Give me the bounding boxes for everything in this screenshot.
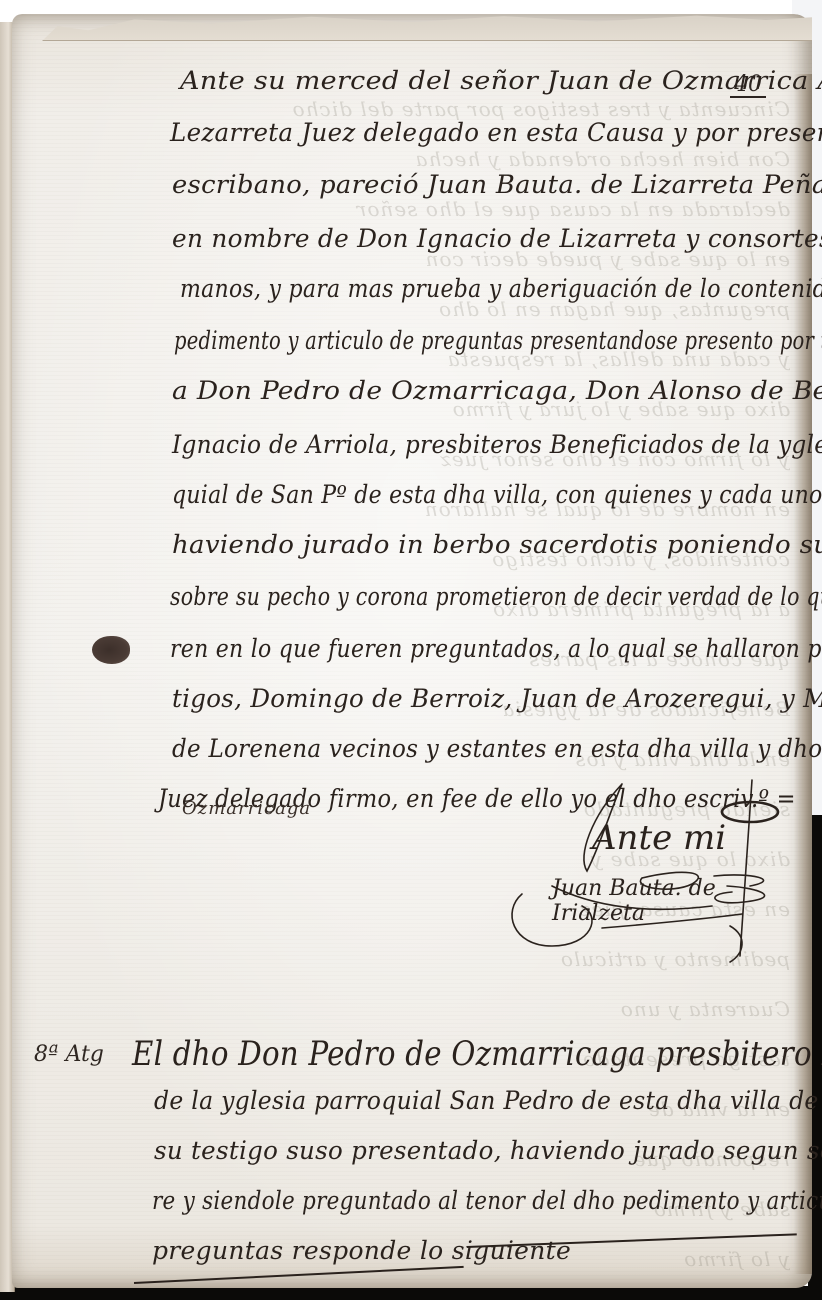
scan-background-dark-bottom xyxy=(0,1286,822,1300)
text-line: tigos, Domingo de Berroiz, Juan de Aroze… xyxy=(172,684,822,713)
text-line: de la yglesia parroquial San Pedro de es… xyxy=(154,1086,822,1115)
ink-blot xyxy=(92,636,130,664)
text-line: Ignacio de Arriola, presbiteros Benefici… xyxy=(172,430,822,459)
notary-signature: Juan Bauta. de Irialzeta xyxy=(552,876,782,926)
torn-top-edge xyxy=(42,14,812,41)
text-line: de Lorenena vecinos y estantes en esta d… xyxy=(172,734,822,763)
text-line: haviendo jurado in berbo sacerdotis poni… xyxy=(172,530,822,559)
text-line: en nombre de Don Ignacio de Lizarreta y … xyxy=(172,224,822,253)
text-line: preguntas responde lo siguiente xyxy=(152,1236,571,1265)
text-line: Lezarreta Juez delegado en esta Causa y … xyxy=(170,118,822,147)
manuscript-page: Cincuenta y tres testigos por parte del … xyxy=(12,14,812,1288)
text-line: quial de San Pº de esta dha villa, con q… xyxy=(172,480,822,509)
text-line: su testigo suso presentado, haviendo jur… xyxy=(154,1136,822,1165)
text-line: a Don Pedro de Ozmarricaga, Don Alonso d… xyxy=(172,376,822,405)
text-line: sobre su pecho y corona prometieron de d… xyxy=(170,582,822,611)
signature-flourish-icon xyxy=(482,776,782,966)
judge-signature: Ozmarricaga xyxy=(182,798,311,819)
margin-note: 8ª Atg xyxy=(34,1042,104,1067)
text-line: El dho Don Pedro de Ozmarricaga presbite… xyxy=(132,1034,822,1074)
text-line: ren en lo que fueren preguntados, a lo q… xyxy=(170,634,822,663)
text-line: manos, y para mas prueba y aberiguación … xyxy=(180,274,822,303)
text-line: re y siendole preguntado al tenor del dh… xyxy=(152,1186,822,1215)
notary-signature-block: Ante mi Juan Bauta. de Irialzeta xyxy=(482,776,782,966)
text-line: escribano, pareció Juan Bauta. de Lizarr… xyxy=(172,170,822,199)
text-line: pedimento y articulo de preguntas presen… xyxy=(174,326,822,355)
text-line: Ante su merced del señor Juan de Ozmarri… xyxy=(180,66,822,95)
attestation-text: Ante mi xyxy=(592,818,726,858)
